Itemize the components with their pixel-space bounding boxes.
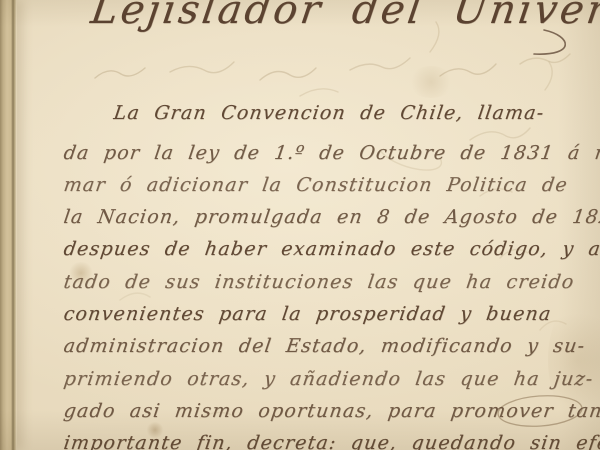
- manuscript-line: tado de sus instituciones las que ha cre…: [62, 271, 576, 295]
- page-title: Lejislador del Universo.: [88, 0, 600, 34]
- manuscript-line: convenientes para la prosperidad y buena: [62, 303, 553, 327]
- manuscript-line: despues de haber examinado este código, …: [62, 238, 600, 262]
- manuscript-line: La Gran Convencion de Chile, llama-: [112, 102, 546, 126]
- manuscript-line: da por la ley de 1.º de Octubre de 1831 …: [62, 142, 600, 166]
- manuscript-line: primiendo otras, y añadiendo las que ha …: [62, 368, 595, 392]
- manuscript-line: mar ó adicionar la Constitucion Politica…: [62, 174, 569, 198]
- manuscript-page: Lejislador del Universo. La Gran Convenc…: [0, 0, 600, 450]
- manuscript-line: gado asi mismo oportunas, para promover …: [62, 400, 600, 424]
- page-edge: [0, 0, 17, 450]
- stain: [408, 66, 454, 98]
- manuscript-line: administracion del Estado, modificando y…: [62, 335, 587, 359]
- manuscript-line: la Nacion, promulgada en 8 de Agosto de …: [62, 206, 600, 230]
- manuscript-line: importante fin, decreta: que, quedando s…: [62, 432, 600, 450]
